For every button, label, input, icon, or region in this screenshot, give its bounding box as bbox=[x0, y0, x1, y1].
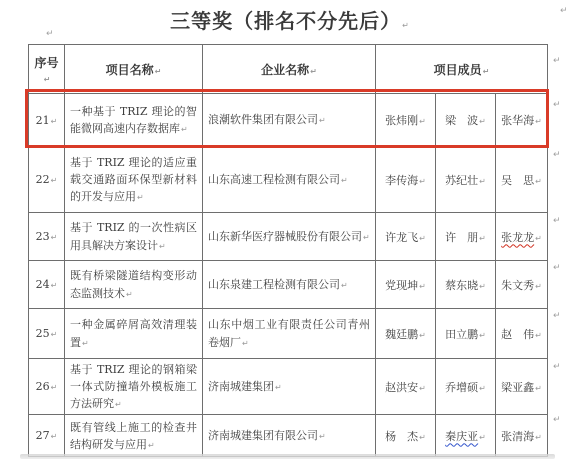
paragraph-mark-icon: ↵ bbox=[483, 67, 490, 76]
paragraph-mark-icon: ↵ bbox=[479, 234, 486, 243]
paragraph-mark-icon: ↵ bbox=[553, 362, 561, 372]
paragraph-mark-icon: ↵ bbox=[553, 150, 561, 160]
paragraph-mark-icon: ↵ bbox=[553, 56, 561, 66]
paragraph-mark-icon: ↵ bbox=[51, 117, 58, 126]
member-cell: 梁亚鑫↵ bbox=[496, 359, 548, 415]
project-name-cell: 基于 TRIZ 理论的适应重载交通路面环保型新材料的开发与应用↵ bbox=[65, 147, 203, 213]
table-row: 23↵基于 TRIZ 的一次性病区用具解决方案设计↵山东新华医疗器械股份有限公司… bbox=[29, 213, 548, 261]
column-header-members: 项目成员↵ bbox=[376, 45, 548, 94]
paragraph-mark-icon: ↵ bbox=[51, 383, 58, 392]
paragraph-mark-icon: ↵ bbox=[535, 117, 542, 126]
paragraph-mark-icon: ↵ bbox=[419, 384, 426, 393]
paragraph-mark-icon: ↵ bbox=[159, 242, 166, 251]
paragraph-mark-icon: ↵ bbox=[46, 29, 54, 39]
header-row: 序号↵ 项目名称↵ 企业名称↵ 项目成员↵ bbox=[29, 45, 548, 94]
paragraph-mark-icon: ↵ bbox=[137, 193, 144, 202]
paragraph-mark-icon: ↵ bbox=[51, 281, 58, 290]
member-cell: 许龙飞↵ bbox=[376, 213, 436, 261]
paragraph-mark-icon: ↵ bbox=[560, 6, 568, 16]
paragraph-mark-icon: ↵ bbox=[553, 100, 561, 110]
awards-table: 序号↵ 项目名称↵ 企业名称↵ 项目成员↵ 21↵一种基于 TRIZ 理论的智能… bbox=[28, 44, 548, 457]
company-name-cell: 山东新华医疗器械股份有限公司↵ bbox=[203, 213, 376, 261]
member-cell: 张炜刚↵ bbox=[376, 94, 436, 147]
paragraph-mark-icon: ↵ bbox=[419, 117, 426, 126]
row-number-cell: 22↵ bbox=[29, 147, 65, 213]
row-number-cell: 26↵ bbox=[29, 359, 65, 415]
member-cell: 朱文秀↵ bbox=[496, 261, 548, 309]
paragraph-mark-icon: ↵ bbox=[402, 21, 409, 30]
table-row: 27↵既有管线上施工的检查井结构研发与应用↵济南城建集团有限公司↵杨 杰↵秦庆亚… bbox=[29, 415, 548, 457]
row-number-cell: 21↵ bbox=[29, 94, 65, 147]
project-name-cell: 一种金属碎屑高效清理装置↵ bbox=[65, 309, 203, 359]
row-number-cell: 27↵ bbox=[29, 415, 65, 457]
paragraph-mark-icon: ↵ bbox=[51, 432, 58, 441]
paragraph-mark-icon: ↵ bbox=[181, 125, 188, 134]
member-cell: 张龙龙↵ bbox=[496, 213, 548, 261]
company-name-cell: 山东泉建工程检测有限公司↵ bbox=[203, 261, 376, 309]
row-number-cell: 25↵ bbox=[29, 309, 65, 359]
paragraph-mark-icon: ↵ bbox=[275, 383, 282, 392]
document-page: 三等奖（排名不分先后）↵ ↵ ↵ 序号↵ 项目名称↵ 企业名称↵ 项目成员↵ 2… bbox=[0, 0, 579, 462]
paragraph-mark-icon: ↵ bbox=[155, 67, 162, 76]
paragraph-mark-icon: ↵ bbox=[553, 216, 561, 226]
company-name-cell: 山东中烟工业有限责任公司青州卷烟厂↵ bbox=[203, 309, 376, 359]
paragraph-mark-icon: ↵ bbox=[553, 311, 561, 321]
paragraph-mark-icon: ↵ bbox=[115, 400, 122, 409]
member-cell: 苏纪壮↵ bbox=[436, 147, 496, 213]
column-header-serial: 序号↵ bbox=[29, 45, 65, 94]
paragraph-mark-icon: ↵ bbox=[419, 177, 426, 186]
award-title: 三等奖（排名不分先后） bbox=[170, 5, 401, 34]
row-number-cell: 23↵ bbox=[29, 213, 65, 261]
table-row: 21↵一种基于 TRIZ 理论的智能微网高速内存数据库↵浪潮软件集团有限公司↵张… bbox=[29, 94, 548, 147]
table-row: 26↵基于 TRIZ 理论的钢箱梁一体式防撞墙外模板施工方法研究↵济南城建集团↵… bbox=[29, 359, 548, 415]
paragraph-mark-icon: ↵ bbox=[419, 234, 426, 243]
paragraph-mark-icon: ↵ bbox=[419, 433, 426, 442]
paragraph-mark-icon: ↵ bbox=[319, 116, 326, 125]
member-cell: 魏廷鹏↵ bbox=[376, 309, 436, 359]
paragraph-mark-icon: ↵ bbox=[535, 177, 542, 186]
paragraph-mark-icon: ↵ bbox=[479, 433, 486, 442]
paragraph-mark-icon: ↵ bbox=[535, 433, 542, 442]
paragraph-mark-icon: ↵ bbox=[479, 117, 486, 126]
paragraph-mark-icon: ↵ bbox=[51, 330, 58, 339]
paragraph-mark-icon: ↵ bbox=[242, 339, 249, 348]
paragraph-mark-icon: ↵ bbox=[44, 75, 51, 84]
table-row: 22↵基于 TRIZ 理论的适应重载交通路面环保型新材料的开发与应用↵山东高速工… bbox=[29, 147, 548, 213]
paragraph-mark-icon: ↵ bbox=[148, 441, 155, 450]
column-header-company: 企业名称↵ bbox=[203, 45, 376, 94]
project-name-cell: 既有管线上施工的检查井结构研发与应用↵ bbox=[65, 415, 203, 457]
member-cell: 李传海↵ bbox=[376, 147, 436, 213]
member-cell: 许 朋↵ bbox=[436, 213, 496, 261]
paragraph-mark-icon: ↵ bbox=[535, 234, 542, 243]
paragraph-mark-icon: ↵ bbox=[419, 331, 426, 340]
page-bottom-shadow bbox=[20, 454, 555, 459]
table-row: 25↵一种金属碎屑高效清理装置↵山东中烟工业有限责任公司青州卷烟厂↵魏廷鹏↵田立… bbox=[29, 309, 548, 359]
paragraph-mark-icon: ↵ bbox=[479, 331, 486, 340]
member-cell: 赵 伟↵ bbox=[496, 309, 548, 359]
member-cell: 蔡东晓↵ bbox=[436, 261, 496, 309]
project-name-cell: 既有桥梁隧道结构变形动态监测技术↵ bbox=[65, 261, 203, 309]
paragraph-mark-icon: ↵ bbox=[82, 339, 89, 348]
project-name-cell: 基于 TRIZ 理论的钢箱梁一体式防撞墙外模板施工方法研究↵ bbox=[65, 359, 203, 415]
paragraph-mark-icon: ↵ bbox=[126, 290, 133, 299]
member-cell: 党现坤↵ bbox=[376, 261, 436, 309]
column-header-project: 项目名称↵ bbox=[65, 45, 203, 94]
paragraph-mark-icon: ↵ bbox=[553, 415, 561, 425]
row-number-cell: 24↵ bbox=[29, 261, 65, 309]
paragraph-mark-icon: ↵ bbox=[419, 282, 426, 291]
company-name-cell: 济南城建集团有限公司↵ bbox=[203, 415, 376, 457]
paragraph-mark-icon: ↵ bbox=[535, 384, 542, 393]
member-cell: 梁 波↵ bbox=[436, 94, 496, 147]
project-name-cell: 一种基于 TRIZ 理论的智能微网高速内存数据库↵ bbox=[65, 94, 203, 147]
paragraph-mark-icon: ↵ bbox=[51, 176, 58, 185]
paragraph-mark-icon: ↵ bbox=[363, 233, 370, 242]
project-name-cell: 基于 TRIZ 的一次性病区用具解决方案设计↵ bbox=[65, 213, 203, 261]
member-cell: 吴 思↵ bbox=[496, 147, 548, 213]
paragraph-mark-icon: ↵ bbox=[535, 282, 542, 291]
paragraph-mark-icon: ↵ bbox=[51, 233, 58, 242]
table-row: 24↵既有桥梁隧道结构变形动态监测技术↵山东泉建工程检测有限公司↵党现坤↵蔡东晓… bbox=[29, 261, 548, 309]
member-cell: 田立鹏↵ bbox=[436, 309, 496, 359]
paragraph-mark-icon: ↵ bbox=[479, 177, 486, 186]
company-name-cell: 山东高速工程检测有限公司↵ bbox=[203, 147, 376, 213]
member-cell: 张清海↵ bbox=[496, 415, 548, 457]
paragraph-mark-icon: ↵ bbox=[479, 282, 486, 291]
paragraph-mark-icon: ↵ bbox=[341, 176, 348, 185]
member-cell: 赵洪安↵ bbox=[376, 359, 436, 415]
table-body: 21↵一种基于 TRIZ 理论的智能微网高速内存数据库↵浪潮软件集团有限公司↵张… bbox=[29, 94, 548, 457]
member-cell: 秦庆亚↵ bbox=[436, 415, 496, 457]
paragraph-mark-icon: ↵ bbox=[479, 384, 486, 393]
title-row: 三等奖（排名不分先后）↵ bbox=[0, 5, 579, 34]
paragraph-mark-icon: ↵ bbox=[319, 432, 326, 441]
paragraph-mark-icon: ↵ bbox=[553, 263, 561, 273]
member-cell: 乔增硕↵ bbox=[436, 359, 496, 415]
paragraph-mark-icon: ↵ bbox=[535, 331, 542, 340]
member-cell: 杨 杰↵ bbox=[376, 415, 436, 457]
paragraph-mark-icon: ↵ bbox=[341, 281, 348, 290]
company-name-cell: 浪潮软件集团有限公司↵ bbox=[203, 94, 376, 147]
paragraph-mark-icon: ↵ bbox=[310, 67, 317, 76]
member-cell: 张华海↵ bbox=[496, 94, 548, 147]
company-name-cell: 济南城建集团↵ bbox=[203, 359, 376, 415]
